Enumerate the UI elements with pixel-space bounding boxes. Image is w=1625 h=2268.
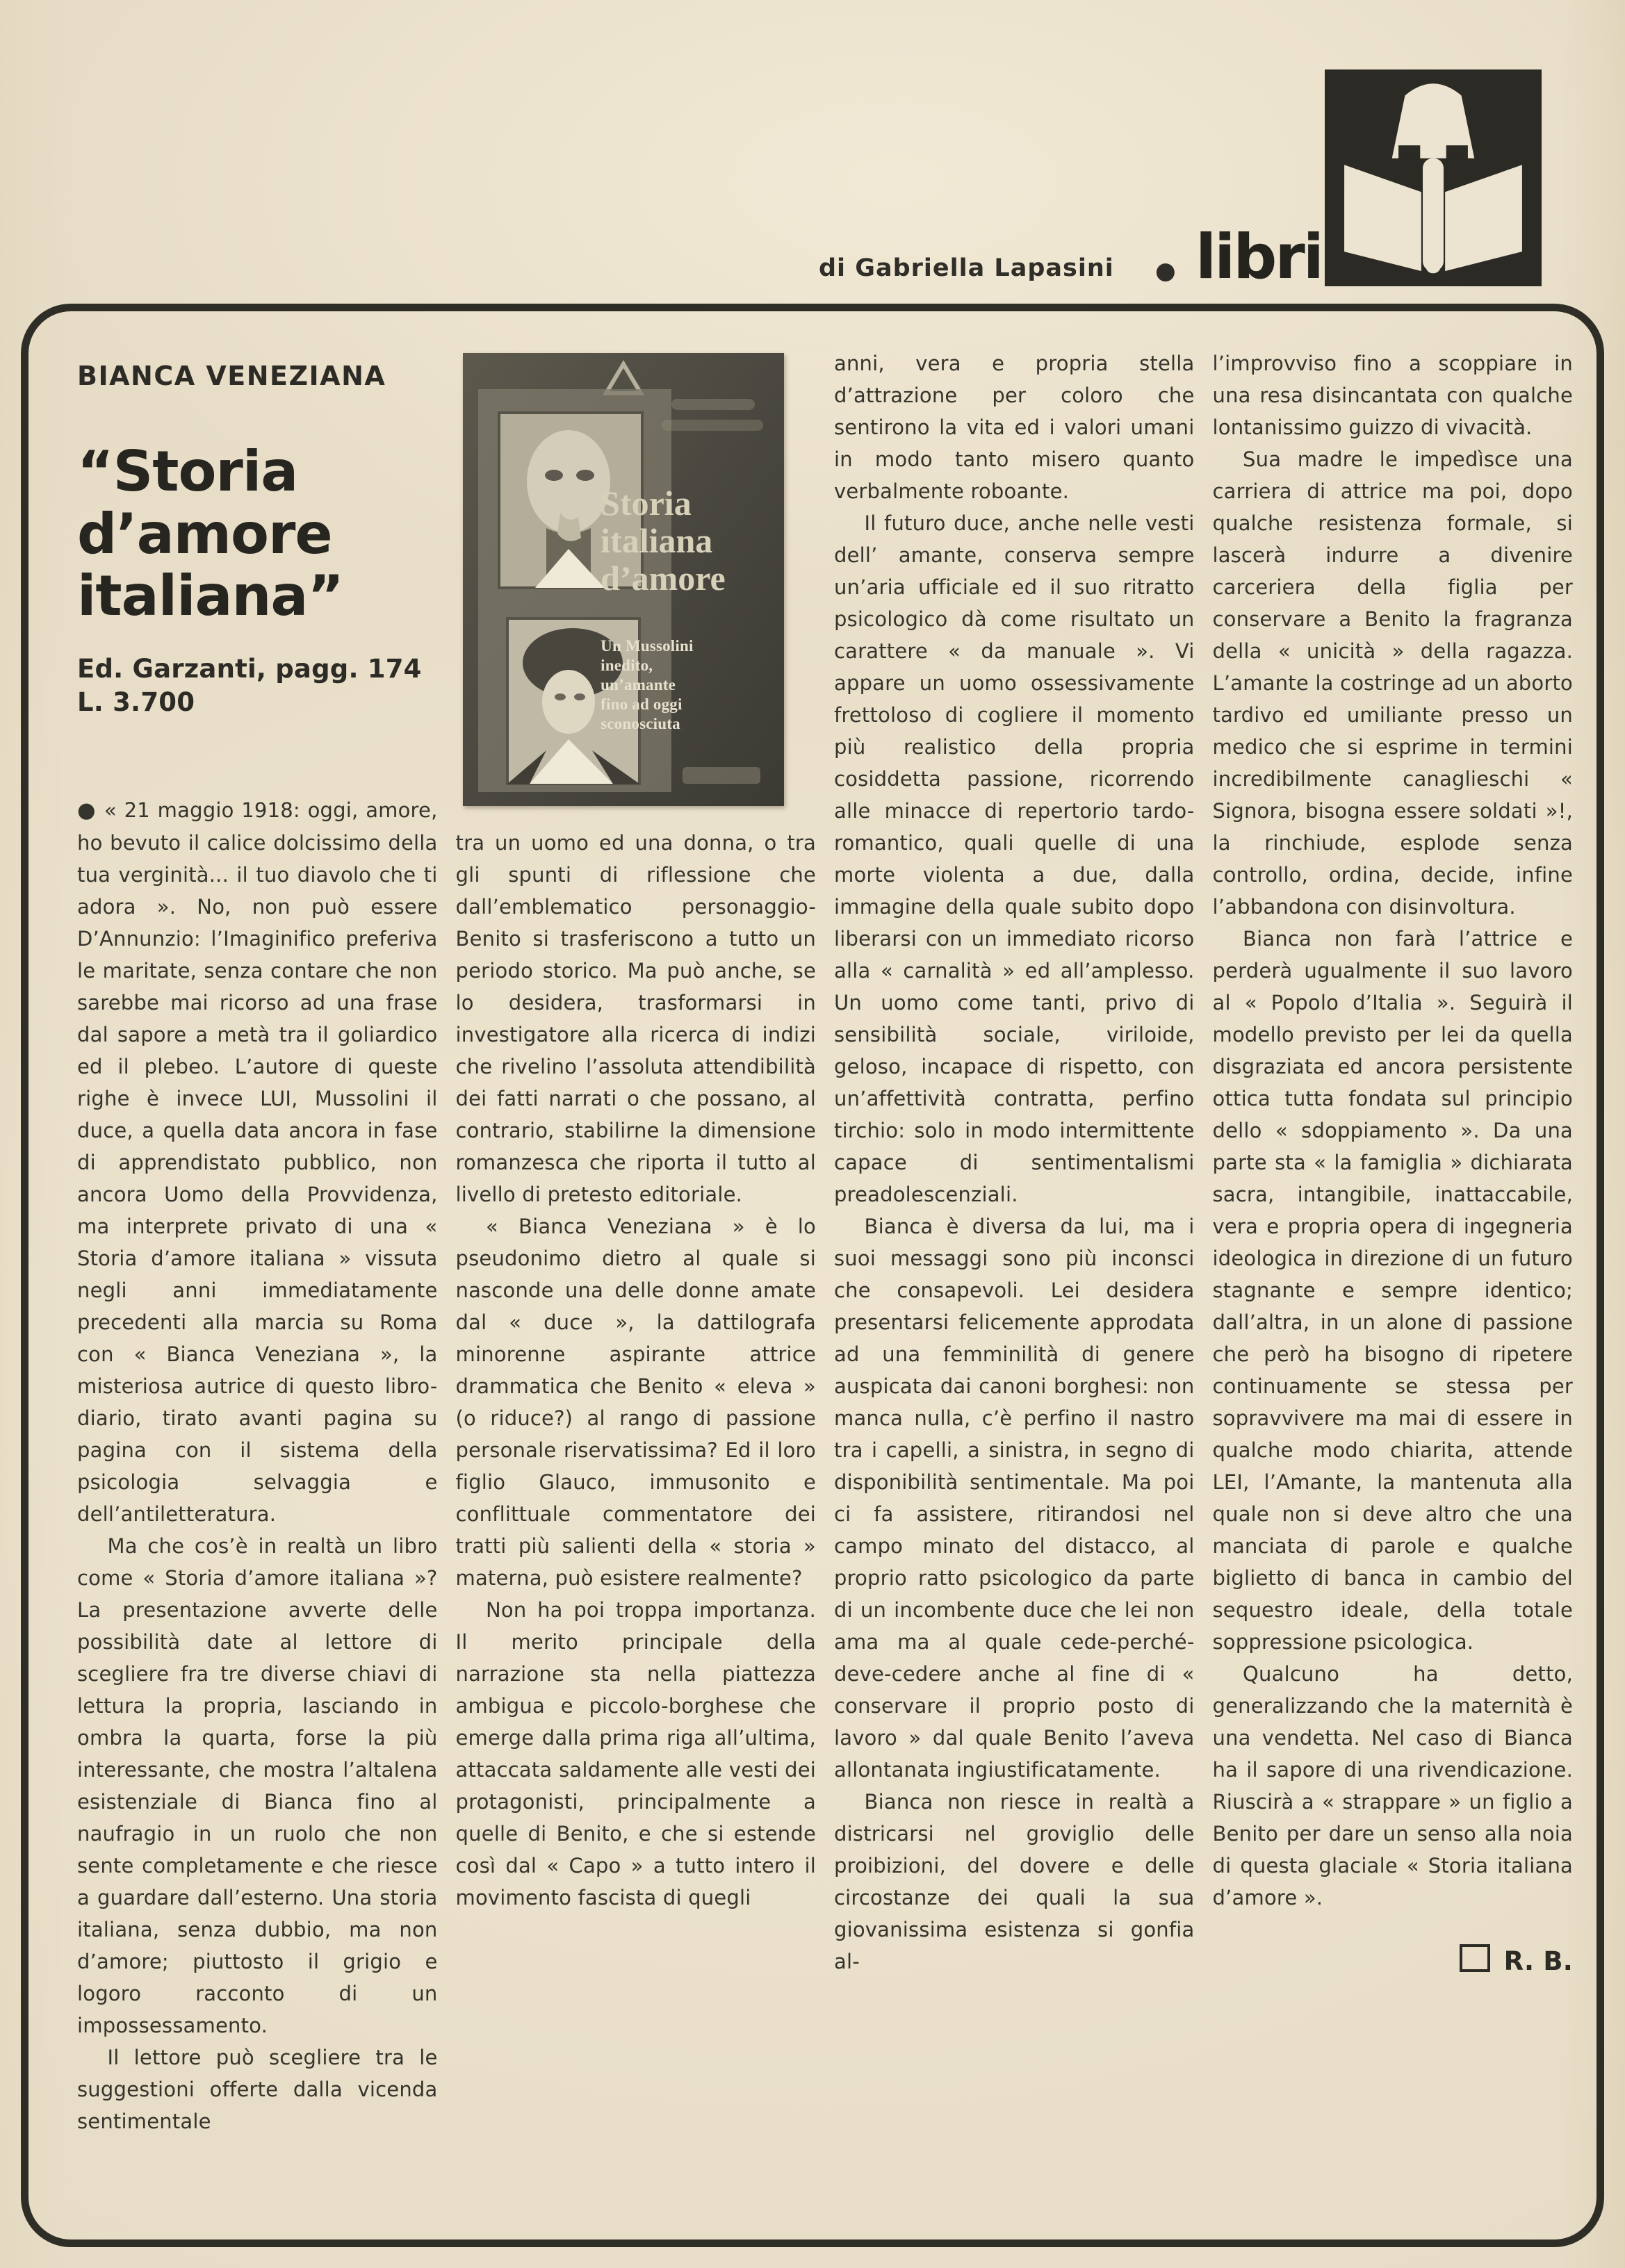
body-paragraph: ● « 21 maggio 1918: oggi, amore, ho bevu… xyxy=(77,794,438,1530)
cover-title-line: d’amore xyxy=(601,559,726,597)
byline-dot-icon: ● xyxy=(1155,257,1176,285)
reviewer-signature: R. B. xyxy=(1213,1944,1574,1978)
book-title-line: “Storia xyxy=(77,441,438,503)
cover-subtitle-line: fino ad oggi xyxy=(601,695,693,714)
body-paragraph: Sua madre le impedìsce una carriera di a… xyxy=(1213,443,1574,923)
body-paragraph: Ma che cos’è in realtà un libro come « S… xyxy=(77,1530,438,2041)
text-column-1: BIANCA VENEZIANA “Storia d’amore italian… xyxy=(77,347,438,2219)
cover-title-line: Storia xyxy=(601,484,726,522)
text-column-4: l’improvviso fino a scoppiare in una res… xyxy=(1213,347,1574,2219)
body-paragraph: Qualcuno ha detto, generalizzando che la… xyxy=(1213,1658,1574,1914)
body-paragraph: Il futuro duce, anche nelle vesti dell’ … xyxy=(834,507,1195,1210)
book-title-line: italiana” xyxy=(77,565,438,627)
cover-subtitle-line: un’amante xyxy=(601,675,693,695)
text-column-2: Storia italiana d’amore Un Mussolini ine… xyxy=(456,347,817,2219)
article-frame: BIANCA VENEZIANA “Storia d’amore italian… xyxy=(21,304,1604,2247)
body-paragraph: Bianca non riesce in realtà a districars… xyxy=(834,1786,1195,1978)
book-cover-image: Storia italiana d’amore Un Mussolini ine… xyxy=(463,353,784,806)
column-4-paragraphs: l’improvviso fino a scoppiare in una res… xyxy=(1213,347,1574,1914)
body-paragraph: Bianca è diversa da lui, ma i suoi messa… xyxy=(834,1210,1195,1786)
cover-subtitle-line: inedito, xyxy=(601,656,693,675)
reading-lamp-open-book-icon xyxy=(1325,65,1542,290)
reviewer-initials: R. B. xyxy=(1504,1946,1573,1976)
price: L. 3.700 xyxy=(77,686,438,719)
cover-subtitle-line: sconosciuta xyxy=(601,714,693,734)
body-paragraph: Bianca non farà l’attrice e perderà ugua… xyxy=(1213,923,1574,1658)
column-3-paragraphs: anni, vera e propria stella d’attrazione… xyxy=(834,347,1195,1978)
book-title: “Storia d’amore italiana” xyxy=(77,441,438,627)
body-paragraph: tra un uomo ed una donna, o tra gli spun… xyxy=(456,827,817,1210)
book-title-line: d’amore xyxy=(77,503,438,566)
book-author-label: BIANCA VENEZIANA xyxy=(77,360,438,392)
body-paragraph: Il lettore può scegliere tra le suggesti… xyxy=(77,2041,438,2137)
column-2-paragraphs: tra un uomo ed una donna, o tra gli spun… xyxy=(456,827,817,1914)
cover-subtitle: Un Mussolini inedito, un’amante fino ad … xyxy=(601,636,693,734)
column-1-paragraphs: ● « 21 maggio 1918: oggi, amore, ho bevu… xyxy=(77,794,438,2137)
magazine-page: di Gabriella Lapasini ● libri BIANCA VEN… xyxy=(0,0,1625,2268)
text-column-3: anni, vera e propria stella d’attrazione… xyxy=(834,347,1195,2219)
body-paragraph: anni, vera e propria stella d’attrazione… xyxy=(834,347,1195,507)
byline: di Gabriella Lapasini xyxy=(819,254,1114,282)
publisher-pages: Ed. Garzanti, pagg. 174 xyxy=(77,652,438,686)
edition-info: Ed. Garzanti, pagg. 174 L. 3.700 xyxy=(77,652,438,719)
cover-title-line: italiana xyxy=(601,522,726,559)
body-paragraph: Non ha poi troppa importanza. Il merito … xyxy=(456,1594,817,1914)
cover-subtitle-line: Un Mussolini xyxy=(601,636,693,656)
body-paragraph: « Bianca Veneziana » è lo pseudonimo die… xyxy=(456,1210,817,1594)
paragraph-bullet-icon: ● xyxy=(77,798,104,823)
body-paragraph: l’improvviso fino a scoppiare in una res… xyxy=(1213,347,1574,443)
cover-title: Storia italiana d’amore xyxy=(601,484,726,597)
signature-square-icon xyxy=(1460,1944,1490,1972)
section-title: libri xyxy=(1195,221,1322,293)
